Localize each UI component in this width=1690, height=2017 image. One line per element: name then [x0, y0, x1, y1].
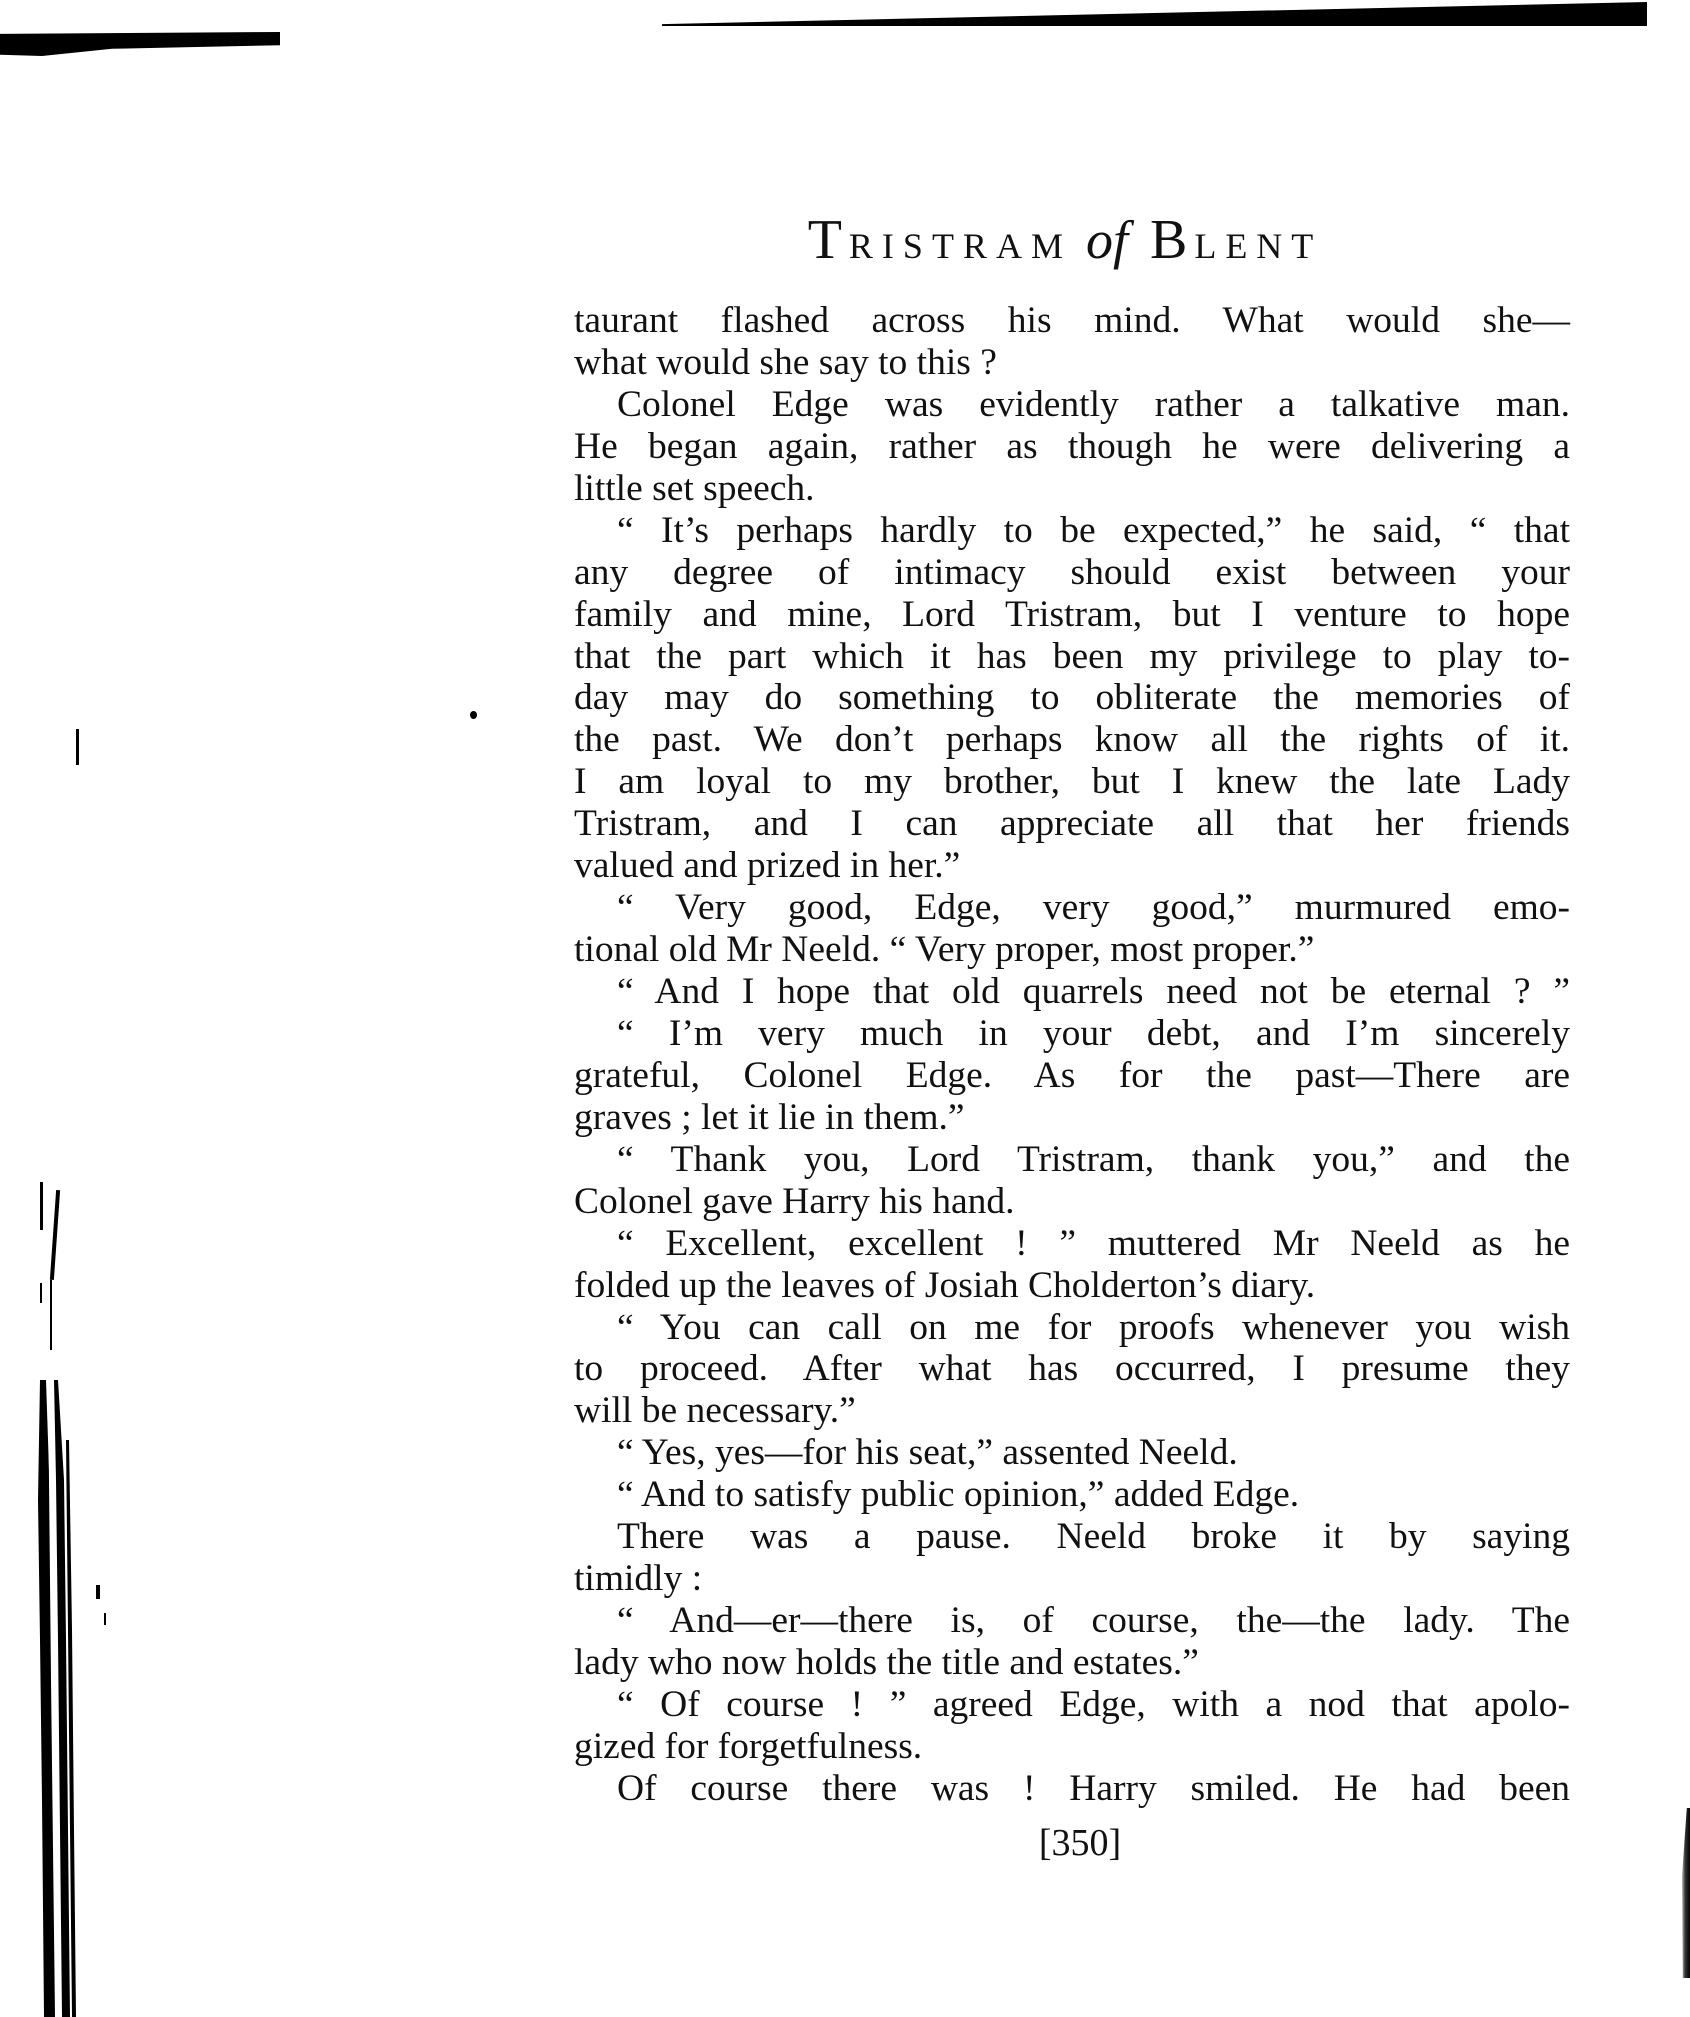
- scan-speck: [40, 1182, 43, 1230]
- text-line: gized for forgetfulness.: [574, 1726, 1570, 1768]
- text-line: Colonel gave Harry his hand.: [574, 1181, 1570, 1223]
- title-second-cap: B: [1150, 209, 1194, 271]
- text-line: to proceed. After what has occurred, I p…: [574, 1348, 1570, 1390]
- text-line: what would she say to this ?: [574, 342, 1570, 384]
- scan-speck: [50, 1280, 52, 1350]
- text-line: tional old Mr Neeld. “ Very proper, most…: [574, 929, 1570, 971]
- text-line: “ Yes, yes—for his seat,” assented Neeld…: [574, 1432, 1570, 1474]
- text-line: Of course there was ! Harry smiled. He h…: [574, 1768, 1570, 1810]
- scan-speck: [40, 1283, 42, 1303]
- text-line: that the part which it has been my privi…: [574, 636, 1570, 678]
- scan-shadow-top: [662, 2, 1647, 26]
- text-line: graves ; let it lie in them.”: [574, 1097, 1570, 1139]
- text-line: “ And—er—there is, of course, the—the la…: [574, 1600, 1570, 1642]
- text-line: “ Very good, Edge, very good,” murmured …: [574, 887, 1570, 929]
- scan-speck: [76, 729, 79, 765]
- text-line: timidly :: [574, 1558, 1570, 1600]
- scan-shadow-top-left: [0, 32, 280, 56]
- text-line: any degree of intimacy should exist betw…: [574, 552, 1570, 594]
- book-binding-edge: [36, 1380, 86, 2017]
- page-body-text: taurant flashed across his mind. What wo…: [574, 300, 1570, 1810]
- text-line: valued and prized in her.”: [574, 845, 1570, 887]
- title-first-rest: RISTRAM: [849, 226, 1072, 266]
- scan-speck: [50, 1190, 60, 1280]
- scan-speck: [470, 711, 477, 719]
- text-line: lady who now holds the title and estates…: [574, 1642, 1570, 1684]
- text-line: little set speech.: [574, 468, 1570, 510]
- text-line: Colonel Edge was evidently rather a talk…: [574, 384, 1570, 426]
- text-line: “ And I hope that old quarrels need not …: [574, 971, 1570, 1013]
- text-line: will be necessary.”: [574, 1390, 1570, 1432]
- title-first-cap: T: [808, 209, 849, 271]
- text-line: grateful, Colonel Edge. As for the past—…: [574, 1055, 1570, 1097]
- text-line: day may do something to obliterate the m…: [574, 677, 1570, 719]
- text-line: There was a pause. Neeld broke it by say…: [574, 1516, 1570, 1558]
- text-line: family and mine, Lord Tristram, but I ve…: [574, 594, 1570, 636]
- scan-speck: [96, 1585, 100, 1599]
- title-second-rest: LENT: [1194, 226, 1322, 266]
- text-line: “ You can call on me for proofs whenever…: [574, 1307, 1570, 1349]
- text-line: “ Of course ! ” agreed Edge, with a nod …: [574, 1684, 1570, 1726]
- text-line: the past. We don’t perhaps know all the …: [574, 719, 1570, 761]
- text-line: “ Excellent, excellent ! ” muttered Mr N…: [574, 1223, 1570, 1265]
- text-line: “ I’m very much in your debt, and I’m si…: [574, 1013, 1570, 1055]
- text-line: He began again, rather as though he were…: [574, 426, 1570, 468]
- page-number: [350]: [980, 1818, 1180, 1868]
- text-line: folded up the leaves of Josiah Cholderto…: [574, 1265, 1570, 1307]
- running-head-title: TRISTRAMofBLENT: [560, 200, 1570, 286]
- text-line: “ And to satisfy public opinion,” added …: [574, 1474, 1570, 1516]
- text-line: taurant flashed across his mind. What wo…: [574, 300, 1570, 342]
- scan-speck: [104, 1613, 106, 1625]
- text-line: I am loyal to my brother, but I knew the…: [574, 761, 1570, 803]
- text-line: “ It’s perhaps hardly to be expected,” h…: [574, 510, 1570, 552]
- text-line: “ Thank you, Lord Tristram, thank you,” …: [574, 1139, 1570, 1181]
- scan-shadow-right-edge: [1682, 1808, 1690, 1978]
- text-line: Tristram, and I can appreciate all that …: [574, 803, 1570, 845]
- title-connector: of: [1086, 210, 1128, 270]
